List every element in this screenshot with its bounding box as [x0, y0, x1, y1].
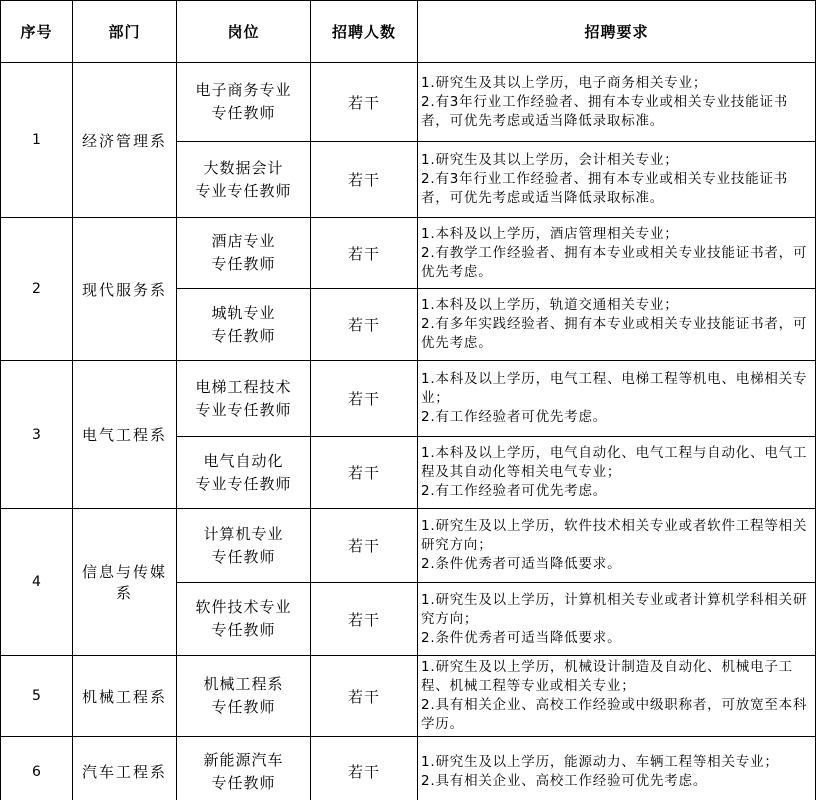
- header-cell: 招聘要求: [418, 1, 816, 63]
- table-row: 3电气工程系电梯工程技术 专业专任教师若干1.本科及以上学历，电气工程、电梯工程…: [1, 361, 816, 437]
- position-cell: 城轨专业 专任教师: [177, 289, 311, 361]
- position-cell: 电子商务专业 专任教师: [177, 63, 311, 142]
- requirements-cell: 1.本科及以上学历，电气工程、电梯工程等机电、电梯相关专业； 2.有工作经验者可…: [418, 361, 816, 437]
- count-cell: 若干: [311, 142, 418, 218]
- count-cell: 若干: [311, 737, 418, 800]
- header-cell: 招聘人数: [311, 1, 418, 63]
- department-cell: 经济管理系: [73, 63, 177, 218]
- requirements-cell: 1.研究生及其以上学历，电子商务相关专业； 2.有3年行业工作经验者、拥有本专业…: [418, 63, 816, 142]
- department-cell: 汽车工程系: [73, 737, 177, 800]
- count-cell: 若干: [311, 63, 418, 142]
- count-cell: 若干: [311, 361, 418, 437]
- requirements-cell: 1.本科及以上学历，电气自动化、电气工程与自动化、电气工程及其自动化等相关电气专…: [418, 437, 816, 509]
- requirements-cell: 1.研究生及以上学历，软件技术相关专业或者软件工程等相关研究方向； 2.条件优秀…: [418, 509, 816, 583]
- count-cell: 若干: [311, 656, 418, 737]
- header-cell: 岗位: [177, 1, 311, 63]
- serial-cell: 6: [1, 737, 73, 800]
- page: 序号部门岗位招聘人数招聘要求 1经济管理系电子商务专业 专任教师若干1.研究生及…: [0, 0, 816, 800]
- position-cell: 机械工程系 专任教师: [177, 656, 311, 737]
- requirements-cell: 1.研究生及以上学历，能源动力、车辆工程等相关专业； 2.具有相关企业、高校工作…: [418, 737, 816, 800]
- position-cell: 软件技术专业 专任教师: [177, 583, 311, 656]
- table-row: 1经济管理系电子商务专业 专任教师若干1.研究生及其以上学历，电子商务相关专业；…: [1, 63, 816, 142]
- requirements-cell: 1.研究生及以上学历，机械设计制造及自动化、机械电子工程、机械工程等专业或相关专…: [418, 656, 816, 737]
- requirements-cell: 1.本科及以上学历，轨道交通相关专业； 2.有多年实践经验者、拥有本专业或相关专…: [418, 289, 816, 361]
- table-row: 5机械工程系机械工程系 专任教师若干1.研究生及以上学历，机械设计制造及自动化、…: [1, 656, 816, 737]
- department-cell: 信息与传媒系: [73, 509, 177, 656]
- position-cell: 酒店专业 专任教师: [177, 218, 311, 289]
- table-row: 6汽车工程系新能源汽车 专任教师若干1.研究生及以上学历，能源动力、车辆工程等相…: [1, 737, 816, 800]
- header-cell: 部门: [73, 1, 177, 63]
- serial-cell: 4: [1, 509, 73, 656]
- position-cell: 电梯工程技术 专业专任教师: [177, 361, 311, 437]
- serial-cell: 1: [1, 63, 73, 218]
- header-row: 序号部门岗位招聘人数招聘要求: [1, 1, 816, 63]
- table-row: 4信息与传媒系计算机专业 专任教师若干1.研究生及以上学历，软件技术相关专业或者…: [1, 509, 816, 583]
- position-cell: 大数据会计 专业专任教师: [177, 142, 311, 218]
- count-cell: 若干: [311, 437, 418, 509]
- department-cell: 电气工程系: [73, 361, 177, 509]
- header-cell: 序号: [1, 1, 73, 63]
- position-cell: 电气自动化 专业专任教师: [177, 437, 311, 509]
- table-row: 2现代服务系酒店专业 专任教师若干1.本科及以上学历，酒店管理相关专业； 2.有…: [1, 218, 816, 289]
- count-cell: 若干: [311, 218, 418, 289]
- count-cell: 若干: [311, 509, 418, 583]
- serial-cell: 2: [1, 218, 73, 361]
- count-cell: 若干: [311, 289, 418, 361]
- requirements-cell: 1.研究生及以上学历，计算机相关专业或者计算机学科相关研究方向； 2.条件优秀者…: [418, 583, 816, 656]
- recruitment-table: 序号部门岗位招聘人数招聘要求 1经济管理系电子商务专业 专任教师若干1.研究生及…: [0, 0, 816, 800]
- serial-cell: 3: [1, 361, 73, 509]
- serial-cell: 5: [1, 656, 73, 737]
- requirements-cell: 1.本科及以上学历，酒店管理相关专业； 2.有教学工作经验者、拥有本专业或相关专…: [418, 218, 816, 289]
- department-cell: 机械工程系: [73, 656, 177, 737]
- requirements-cell: 1.研究生及其以上学历，会计相关专业； 2.有3年行业工作经验者、拥有本专业或相…: [418, 142, 816, 218]
- position-cell: 计算机专业 专任教师: [177, 509, 311, 583]
- department-cell: 现代服务系: [73, 218, 177, 361]
- count-cell: 若干: [311, 583, 418, 656]
- position-cell: 新能源汽车 专任教师: [177, 737, 311, 800]
